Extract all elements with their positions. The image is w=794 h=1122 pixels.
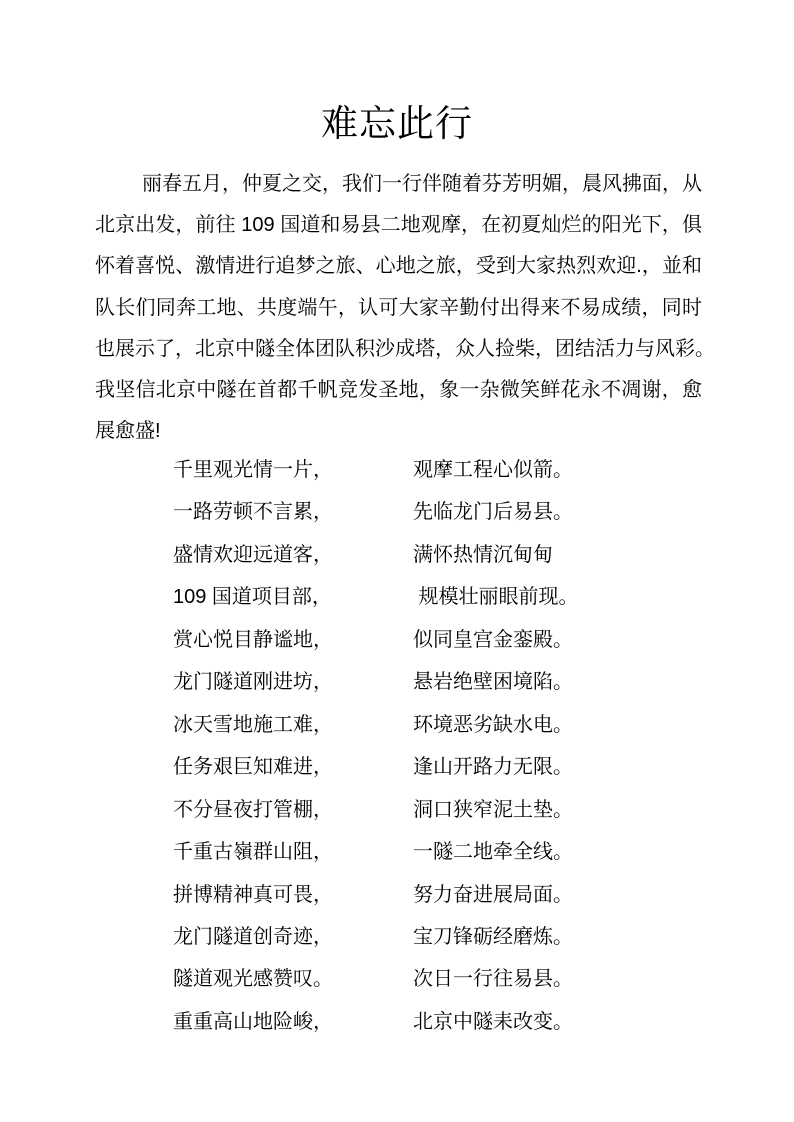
poem-line-left: 109 国道项目部， xyxy=(95,576,413,618)
poem-line-right: 洞口狭窄泥土垫。 xyxy=(413,789,702,831)
paragraph-line: 怀着喜悦、激情进行追梦之旅、心地之旅，受到大家热烈欢迎.，並和 xyxy=(95,246,702,287)
page-title: 难忘此行 xyxy=(0,100,794,148)
poem-line-left: 龙门隧道创奇迹， xyxy=(95,916,413,958)
paragraph-line: 丽春五月，仲夏之交，我们一行伴随着芬芳明媚，晨风拂面，从 xyxy=(95,164,702,205)
poem-line-right: 规模壮丽眼前现。 xyxy=(413,576,702,618)
poem-line-right: 似同皇宫金銮殿。 xyxy=(413,619,702,661)
poem-line-left: 千重古嶺群山阻， xyxy=(95,831,413,873)
poem-line-left: 一路劳顿不言累， xyxy=(95,491,413,533)
poem-line-right: 努力奋进展局面。 xyxy=(413,874,702,916)
poem-row: 千里观光情一片， 观摩工程心似箭。 xyxy=(95,449,702,491)
poem-line-right: 满怀热情沉甸甸 xyxy=(413,534,702,576)
document-page: 难忘此行 丽春五月，仲夏之交，我们一行伴随着芬芳明媚，晨风拂面，从 北京出发，前… xyxy=(0,0,794,1122)
paragraph-line: 也展示了，北京中隧全体团队积沙成塔，众人捡柴，团结活力与风彩。 xyxy=(95,329,702,370)
poem-line-right: 宝刀锋砺经磨炼。 xyxy=(413,916,702,958)
poem-line-right: 悬岩绝壁困境陷。 xyxy=(413,661,702,703)
poem-line-left: 重重高山地险峻， xyxy=(95,1001,413,1043)
paragraph-line: 展愈盛! xyxy=(95,411,702,452)
poem-line-right: 次日一行往易县。 xyxy=(413,958,702,1000)
poem-row: 龙门隧道刚进坊， 悬岩绝壁困境陷。 xyxy=(95,661,702,703)
paragraph-line: 队长们同奔工地、共度端午，认可大家辛勤付出得来不易成绩，同时 xyxy=(95,288,702,329)
poem-row: 不分昼夜打管棚， 洞口狭窄泥土垫。 xyxy=(95,789,702,831)
poem-line-left: 盛情欢迎远道客， xyxy=(95,534,413,576)
poem-line-left: 拼博精神真可畏， xyxy=(95,874,413,916)
poem-line-right: 环境恶劣缺水电。 xyxy=(413,704,702,746)
poem-line-right: 逢山开路力无限。 xyxy=(413,746,702,788)
poem-row: 109 国道项目部， 规模壮丽眼前现。 xyxy=(95,576,702,618)
poem-line-right: 北京中隧耒改变。 xyxy=(413,1001,702,1043)
intro-paragraph: 丽春五月，仲夏之交，我们一行伴随着芬芳明媚，晨风拂面，从 北京出发，前往 109… xyxy=(95,164,702,452)
poem-line-left: 龙门隧道刚进坊， xyxy=(95,661,413,703)
poem-line-left: 任务艰巨知难进， xyxy=(95,746,413,788)
poem-row: 赏心悦目静谧地， 似同皇宫金銮殿。 xyxy=(95,619,702,661)
poem-line-left: 隧道观光感赞叹。 xyxy=(95,958,413,1000)
poem-row: 任务艰巨知难进， 逢山开路力无限。 xyxy=(95,746,702,788)
poem-line-right: 一隧二地牵全线。 xyxy=(413,831,702,873)
poem-row: 千重古嶺群山阻， 一隧二地牵全线。 xyxy=(95,831,702,873)
poem-row: 盛情欢迎远道客， 满怀热情沉甸甸 xyxy=(95,534,702,576)
poem-row: 冰天雪地施工难， 环境恶劣缺水电。 xyxy=(95,704,702,746)
poem-row: 龙门隧道创奇迹， 宝刀锋砺经磨炼。 xyxy=(95,916,702,958)
poem-line-left: 赏心悦目静谧地， xyxy=(95,619,413,661)
paragraph-line: 我坚信北京中隧在首都千帆竞发圣地，象一杂微笑鲜花永不凋谢，愈 xyxy=(95,370,702,411)
poem-line-left: 千里观光情一片， xyxy=(95,449,413,491)
poem-row: 隧道观光感赞叹。 次日一行往易县。 xyxy=(95,958,702,1000)
poem-row: 一路劳顿不言累， 先临龙门后易县。 xyxy=(95,491,702,533)
poem-section: 千里观光情一片， 观摩工程心似箭。 一路劳顿不言累， 先临龙门后易县。 盛情欢迎… xyxy=(95,449,702,1043)
poem-line-right: 先临龙门后易县。 xyxy=(413,491,702,533)
poem-line-left: 不分昼夜打管棚， xyxy=(95,789,413,831)
poem-row: 重重高山地险峻， 北京中隧耒改变。 xyxy=(95,1001,702,1043)
paragraph-line: 北京出发，前往 109 国道和易县二地观摩，在初夏灿烂的阳光下，俱 xyxy=(95,205,702,246)
poem-row: 拼博精神真可畏， 努力奋进展局面。 xyxy=(95,874,702,916)
poem-line-right: 观摩工程心似箭。 xyxy=(413,449,702,491)
poem-line-left: 冰天雪地施工难， xyxy=(95,704,413,746)
